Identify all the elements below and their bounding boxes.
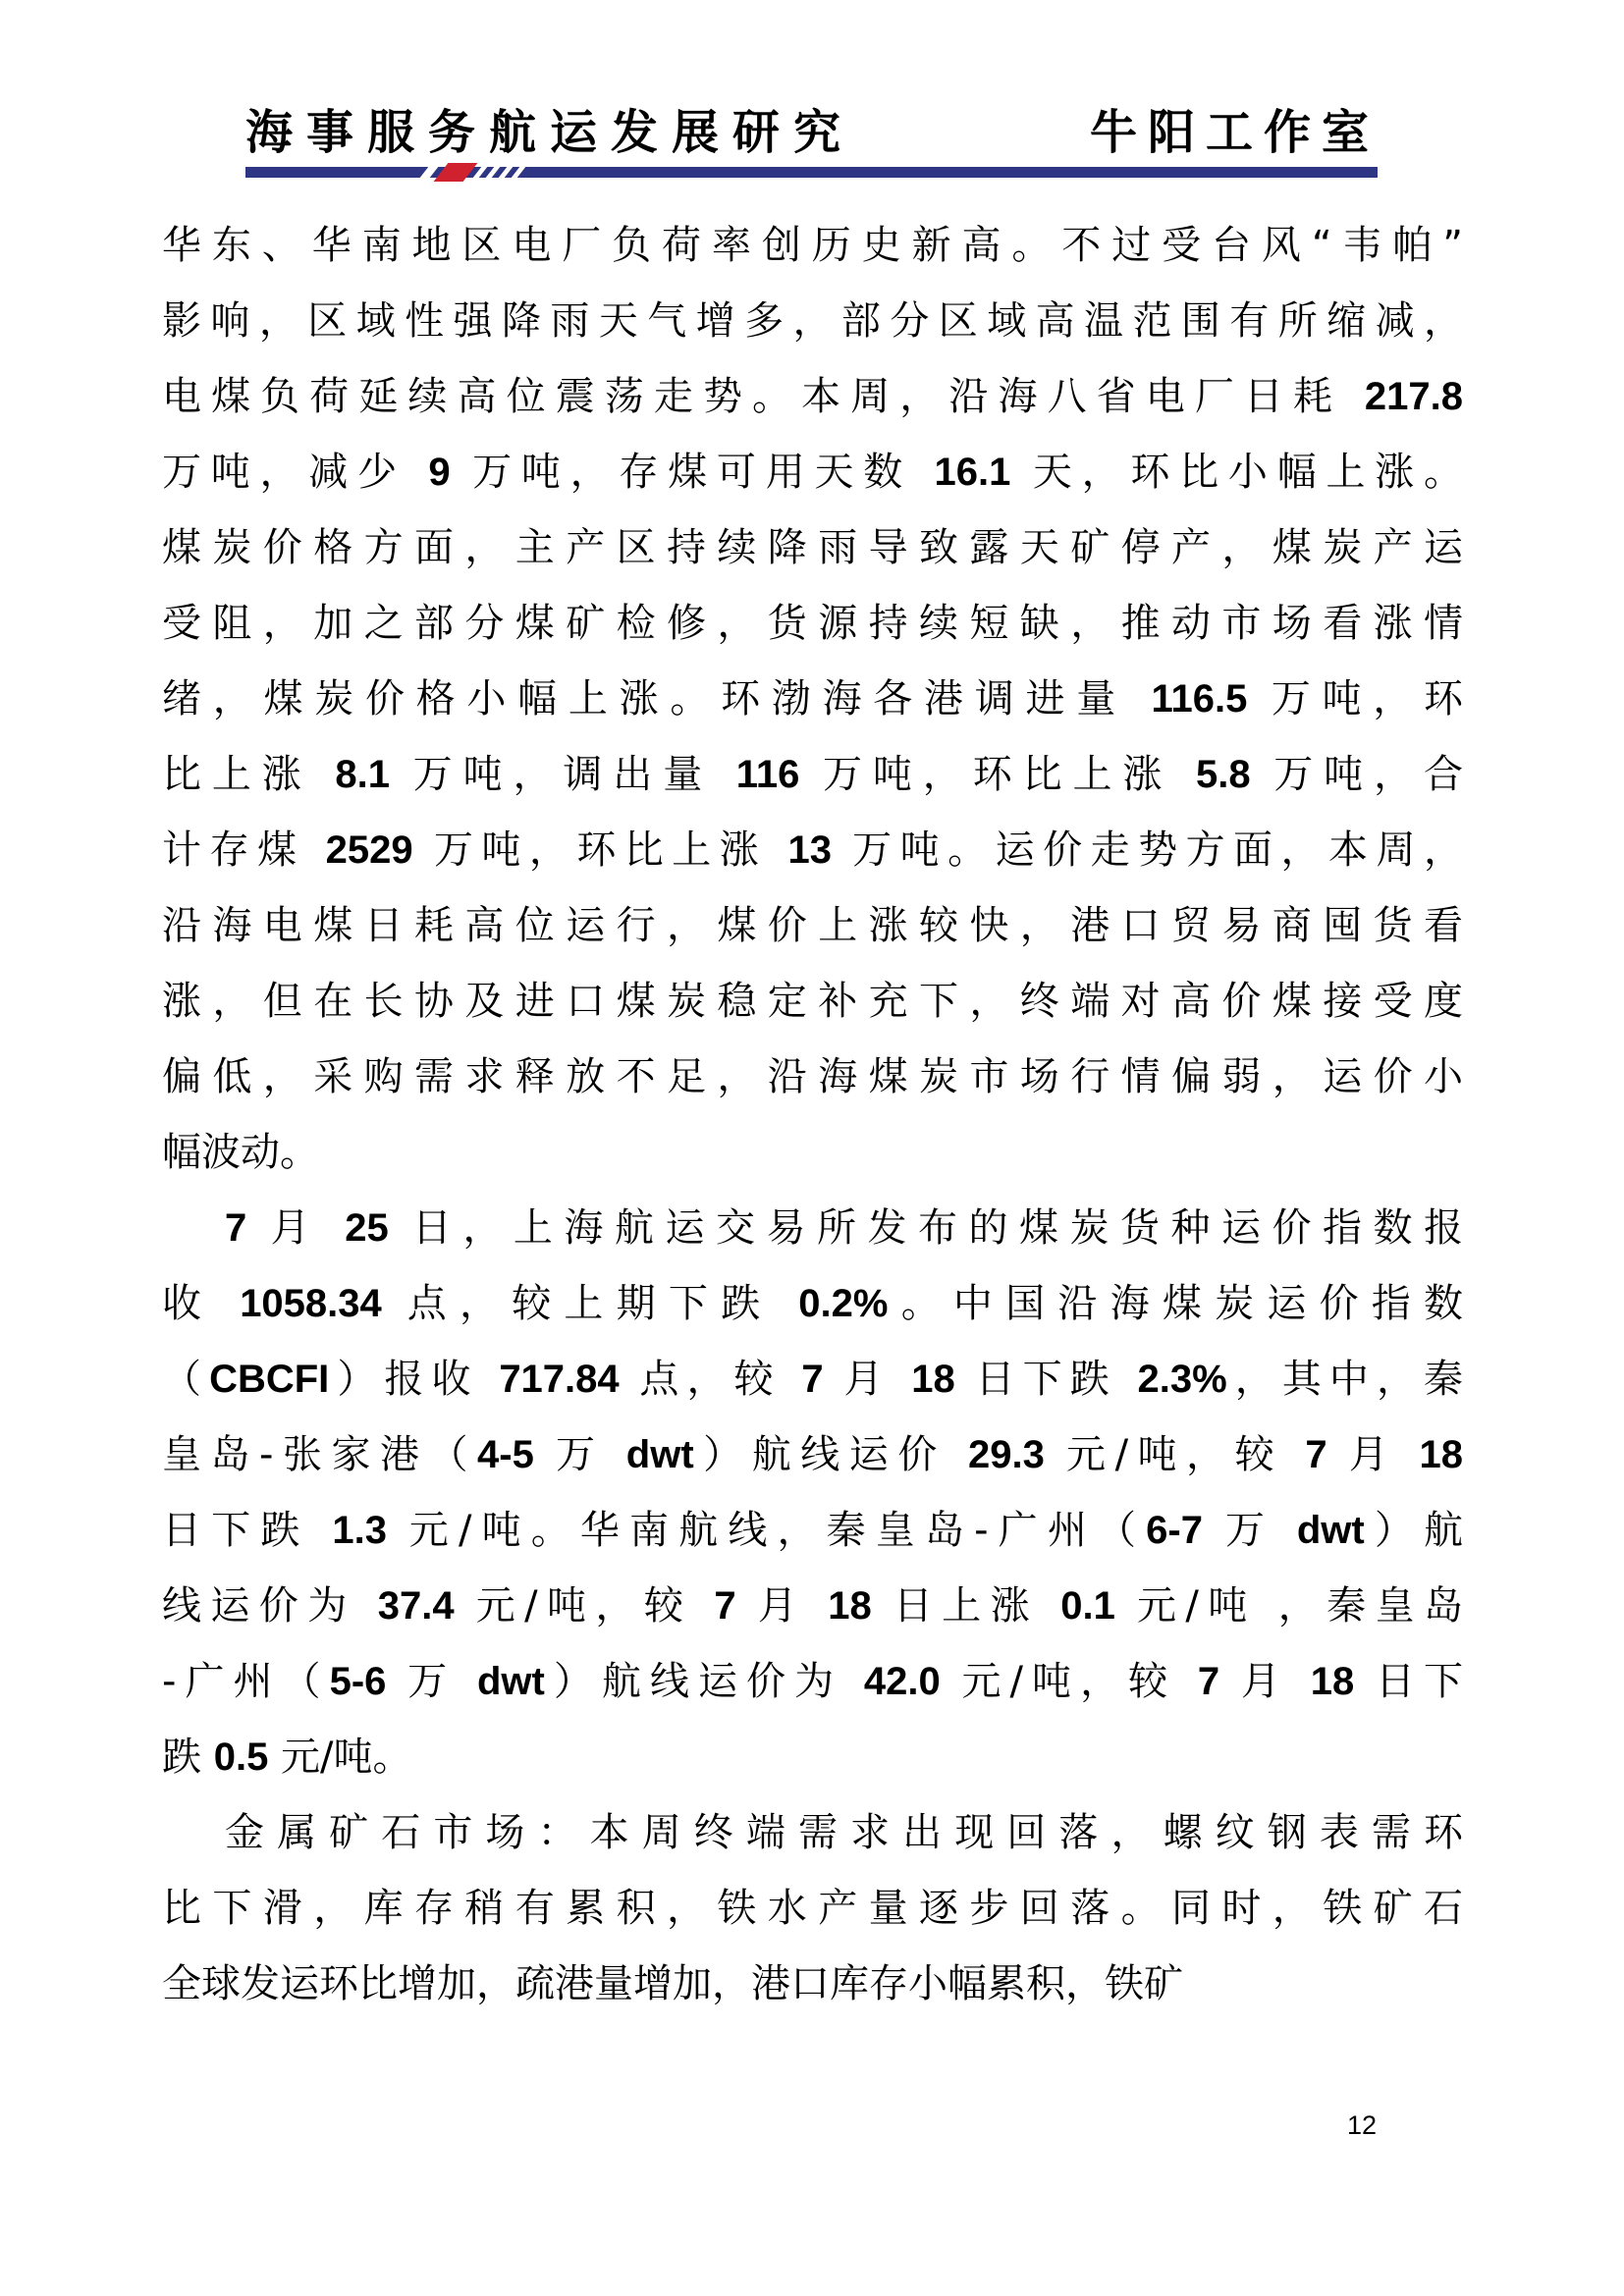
text-line: 计存煤 2529 万吨，环比上涨 13 万吨。运价走势方面，本周， [162,813,1463,888]
text-line: 跌 0.5 元/吨。 [162,1720,1463,1795]
page-header: 海事服务航运发展研究 牛阳工作室 [245,94,1380,162]
text-line: 煤炭价格方面，主产区持续降雨导致露天矿停产，煤炭产运 [162,510,1463,586]
text-line: 金属矿石市场：本周终端需求出现回落，螺纹钢表需环 [162,1795,1463,1871]
text-line: 皇岛-张家港（4-5 万 dwt）航线运价 29.3 元/吨，较 7 月 18 [162,1417,1463,1493]
text-line: 比下滑，库存稍有累积，铁水产量逐步回落。同时，铁矿石 [162,1871,1463,1947]
header-rule [245,167,1378,178]
text-line: 涨，但在长协及进口煤炭稳定补充下，终端对高价煤接受度 [162,964,1463,1040]
text-line: 比上涨 8.1 万吨，调出量 116 万吨，环比上涨 5.8 万吨，合 [162,737,1463,813]
rule-accent-stripes-icon [417,163,529,182]
header-title-left: 海事服务航运发展研究 [245,94,854,162]
text-line: 全球发运环比增加，疏港量增加，港口库存小幅累积，铁矿 [162,1947,1463,2022]
text-line: 电煤负荷延续高位震荡走势。本周，沿海八省电厂日耗 217.8 [162,359,1463,435]
text-line: 线运价为 37.4 元/吨，较 7 月 18 日上涨 0.1 元/吨 ，秦皇岛 [162,1569,1463,1644]
text-line: 沿海电煤日耗高位运行，煤价上涨较快，港口贸易商囤货看 [162,888,1463,964]
text-line: 受阻，加之部分煤矿检修，货源持续短缺，推动市场看涨情 [162,586,1463,662]
text-line: 收 1058.34 点，较上期下跌 0.2%。中国沿海煤炭运价指数 [162,1266,1463,1342]
paragraph: 金属矿石市场：本周终端需求出现回落，螺纹钢表需环比下滑，库存稍有累积，铁水产量逐… [162,1795,1463,2022]
text-line: 华东、华南地区电厂负荷率创历史新高。不过受台风“韦帕” [162,208,1463,284]
text-line: 幅波动。 [162,1115,1463,1191]
text-line: 偏低，采购需求释放不足，沿海煤炭市场行情偏弱，运价小 [162,1040,1463,1115]
text-line: 日下跌 1.3 元/吨。华南航线，秦皇岛-广州（6-7 万 dwt）航 [162,1493,1463,1569]
paragraph: 华东、华南地区电厂负荷率创历史新高。不过受台风“韦帕”影响，区域性强降雨天气增多… [162,208,1463,1191]
text-line: 影响，区域性强降雨天气增多，部分区域高温范围有所缩减， [162,284,1463,359]
body-text: 华东、华南地区电厂负荷率创历史新高。不过受台风“韦帕”影响，区域性强降雨天气增多… [162,208,1463,2022]
header-title-right: 牛阳工作室 [1090,94,1380,162]
text-line: 绪，煤炭价格小幅上涨。环渤海各港调进量 116.5 万吨，环 [162,662,1463,737]
text-line: 万吨，减少 9 万吨，存煤可用天数 16.1 天，环比小幅上涨。 [162,435,1463,510]
text-line: 7 月 25 日，上海航运交易所发布的煤炭货种运价指数报 [162,1191,1463,1266]
document-page: 海事服务航运发展研究 牛阳工作室 华东、华南地区电厂负荷率创历史新高。不过受台风… [0,0,1624,2296]
paragraph: 7 月 25 日，上海航运交易所发布的煤炭货种运价指数报收 1058.34 点，… [162,1191,1463,1795]
text-line: -广州（5-6 万 dwt）航线运价为 42.0 元/吨，较 7 月 18 日下 [162,1644,1463,1720]
page-number: 12 [1347,2110,1377,2141]
text-line: （CBCFI）报收 717.84 点，较 7 月 18 日下跌 2.3%，其中，… [162,1342,1463,1417]
